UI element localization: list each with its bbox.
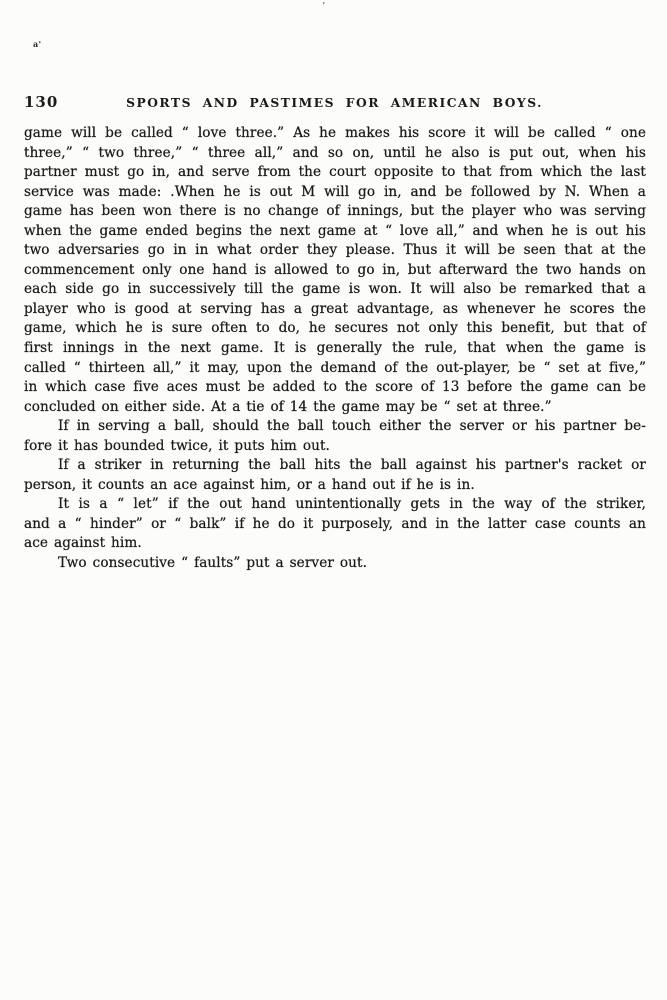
running-title: SPORTS AND PASTIMES FOR AMERICAN BOYS. [126,95,543,110]
paragraph: Two consecutive “ faults” put a server o… [24,554,646,574]
text-line: player who is good at serving has a grea… [24,300,646,320]
text-line: If in serving a ball, should the ball to… [24,417,646,437]
text-line: Two consecutive “ faults” put a server o… [24,554,646,574]
paragraph: If a striker in returning the ball hits … [24,456,646,495]
paragraph: game will be called “ love three.” As he… [24,124,646,417]
text-line: three,” “ two three,” “ three all,” and … [24,144,646,164]
scan-speck-top: ʼ [322,2,325,12]
text-line: called “ thirteen all,” it may, upon the… [24,359,646,379]
text-line: two adversaries go in in what order they… [24,241,646,261]
text-line: game has been won there is no change of … [24,202,646,222]
text-line: first innings in the next game. It is ge… [24,339,646,359]
text-line: in which case five aces must be added to… [24,378,646,398]
page-body: game will be called “ love three.” As he… [24,124,646,574]
text-line: It is a “ let” if the out hand unintenti… [24,495,646,515]
text-line: game, which he is sure often to do, he s… [24,319,646,339]
text-line: partner must go in, and serve from the c… [24,163,646,183]
text-line: and a “ hinder” or “ balk” if he do it p… [24,515,646,535]
text-line: fore it has bounded twice, it puts him o… [24,437,646,457]
paragraph: It is a “ let” if the out hand unintenti… [24,495,646,554]
text-line: when the game ended begins the next game… [24,222,646,242]
page-number: 130 [24,93,58,111]
text-line: game will be called “ love three.” As he… [24,124,646,144]
text-line: service was made: .When he is out M will… [24,183,646,203]
running-head: 130 SPORTS AND PASTIMES FOR AMERICAN BOY… [24,92,645,112]
text-line: ace against him. [24,534,646,554]
text-line: person, it counts an ace against him, or… [24,476,646,496]
paragraph: If in serving a ball, should the ball to… [24,417,646,456]
text-line: commencement only one hand is allowed to… [24,261,646,281]
book-page: ʼ a' 130 SPORTS AND PASTIMES FOR AMERICA… [0,0,667,1000]
text-line: each side go in successively till the ga… [24,280,646,300]
scan-speck-left: a' [33,39,42,49]
text-line: concluded on either side. At a tie of 14… [24,398,646,418]
text-line: If a striker in returning the ball hits … [24,456,646,476]
